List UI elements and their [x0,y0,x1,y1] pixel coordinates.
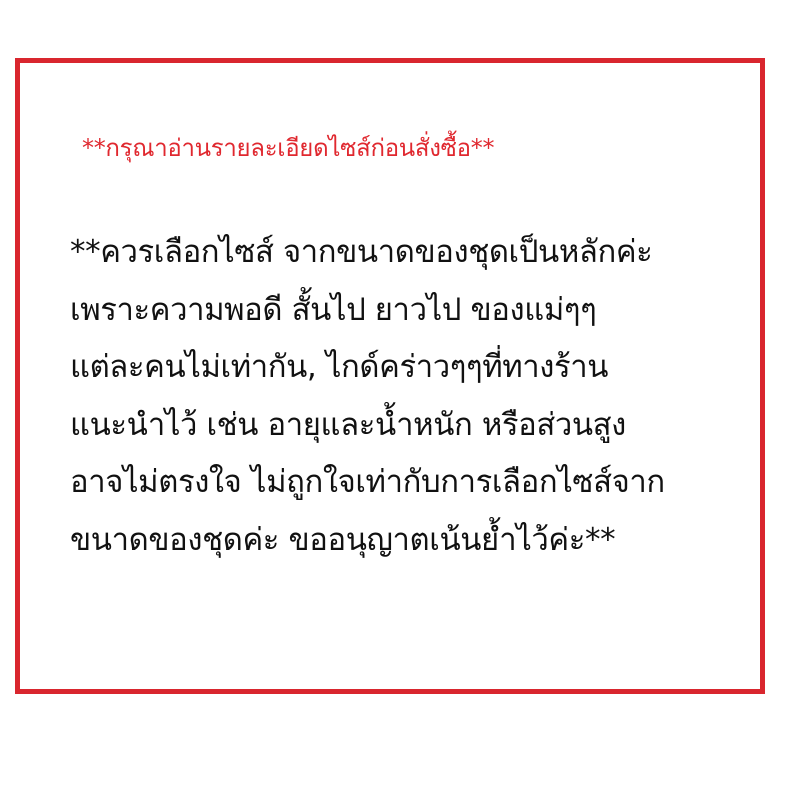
notice-line-3: แต่ละคนไม่เท่ากัน, ไกด์คร่าวๆๆที่ทางร้าน [70,339,750,397]
notice-line-1: **ควรเลือกไซส์ จากขนาดของชุดเป็นหลักค่ะ [70,224,750,282]
notice-body: **ควรเลือกไซส์ จากขนาดของชุดเป็นหลักค่ะ … [70,224,750,569]
notice-line-2: เพราะความพอดี สั้นไป ยาวไป ของแม่ๆๆ [70,282,750,340]
notice-title: **กรุณาอ่านรายละเอียดไซส์ก่อนสั่งซื้อ** [82,128,702,168]
notice-line-4: แนะนำไว้ เช่น อายุและน้ำหนัก หรือส่วนสูง [70,397,750,455]
notice-line-5: อาจไม่ตรงใจ ไม่ถูกใจเท่ากับการเลือกไซส์จ… [70,454,750,512]
notice-line-6: ขนาดของชุดค่ะ ขออนุญาตเน้นย้ำไว้ค่ะ** [70,512,750,570]
